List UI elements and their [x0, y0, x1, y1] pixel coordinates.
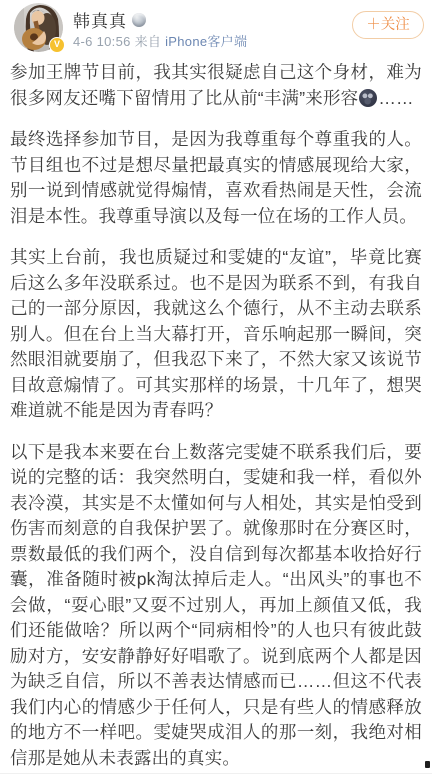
- verified-badge-icon: V: [49, 37, 65, 53]
- name-row: 韩真真: [73, 7, 146, 32]
- weibo-post-card: V 韩真真 4-6 10:56 来自 iPhone客户端 ＋关注 参加王牌节目前…: [0, 0, 432, 774]
- paragraph-1-ellipsis: ……: [378, 88, 413, 108]
- post-paragraph-3: 其实上台前，我也质疑过和雯婕的“友谊”，毕竟比赛后这么多年没联系过。也不是因为联…: [10, 245, 422, 424]
- avatar[interactable]: V: [14, 3, 63, 52]
- post-body: 参加王牌节目前，我其实很疑虑自己这个身材，难为很多网友还嘴下留情用了比从前“丰满…: [10, 60, 422, 771]
- username[interactable]: 韩真真: [73, 7, 127, 32]
- source-link[interactable]: iPhone客户端: [165, 34, 247, 49]
- member-badge-icon: [132, 13, 146, 27]
- post-paragraph-4: 以下是我本来要在台上数落完雯婕不联系我们后，要说的完整的话：我突然明白，雯婕和我…: [10, 440, 422, 772]
- post-paragraph-1: 参加王牌节目前，我其实很疑虑自己这个身材，难为很多网友还嘴下留情用了比从前“丰满…: [10, 60, 422, 111]
- post-meta: 4-6 10:56 来自 iPhone客户端: [73, 31, 247, 50]
- timestamp: 4-6 10:56: [73, 34, 131, 49]
- source-prefix: 来自: [135, 34, 162, 49]
- corner-mark: [425, 761, 430, 768]
- dark-moon-face-emoji: [359, 89, 377, 107]
- post-paragraph-2: 最终选择参加节目，是因为我尊重每个尊重我的人。节目组也不过是想尽量把最真实的情感…: [10, 127, 422, 229]
- follow-button[interactable]: ＋关注: [352, 11, 424, 39]
